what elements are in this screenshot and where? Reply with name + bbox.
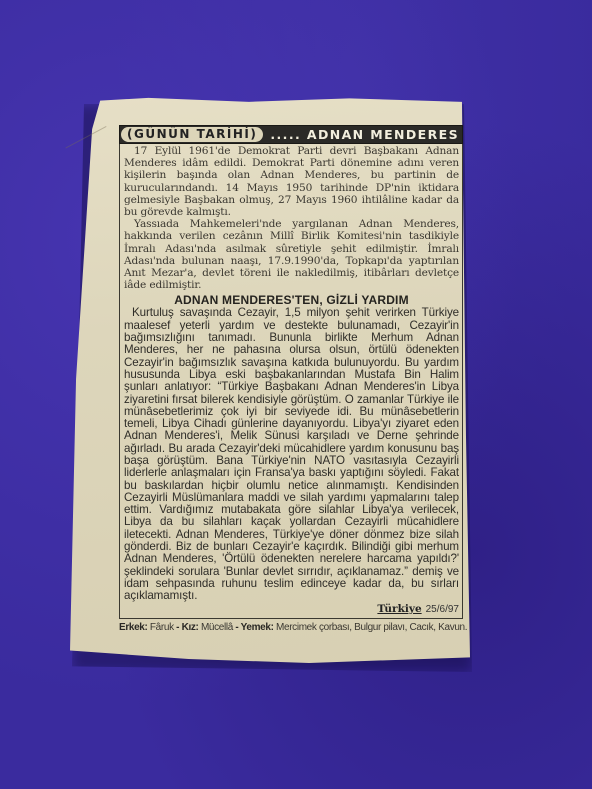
intro-paragraph-2: Yassıada Mahkemeleri'nde yargılanan Adna… [124, 218, 459, 291]
column-header: (GÜNÜN TARİHİ) ..... ADNAN MENDERES [119, 125, 463, 144]
clipping-content: (GÜNÜN TARİHİ) ..... ADNAN MENDERES 17 E… [119, 125, 463, 633]
names-and-menu-line: Erkek: Fâruk - Kız: Mücellâ - Yemek: Mer… [119, 622, 463, 633]
source-name: Türkiye [377, 603, 421, 615]
source-line: Türkiye 25/6/97 [124, 603, 459, 615]
separator: - [233, 622, 241, 633]
column-name: (GÜNÜN TARİHİ) [121, 127, 263, 142]
source-date: 25/6/97 [426, 604, 459, 615]
intro-paragraph-1: 17 Eylül 1961'de Demokrat Parti devri Ba… [124, 145, 459, 218]
article-body: Kurtuluş savaşında Cezayir, 1,5 milyon ş… [124, 307, 459, 602]
female-name-label: Kız: [182, 622, 199, 633]
separator: - [174, 622, 182, 633]
article-headline: ADNAN MENDERES'TEN, GİZLİ YARDIM [124, 293, 459, 307]
female-name: Mücellâ [201, 622, 233, 633]
male-name: Fâruk [150, 622, 174, 633]
menu-items: Mercimek çorbası, Bulgur pilavı, Cacık, … [276, 622, 467, 633]
menu-label: Yemek: [241, 622, 274, 633]
column-subject: ..... ADNAN MENDERES [263, 127, 462, 142]
article-box: 17 Eylül 1961'de Demokrat Parti devri Ba… [119, 144, 463, 619]
male-name-label: Erkek: [119, 622, 147, 633]
